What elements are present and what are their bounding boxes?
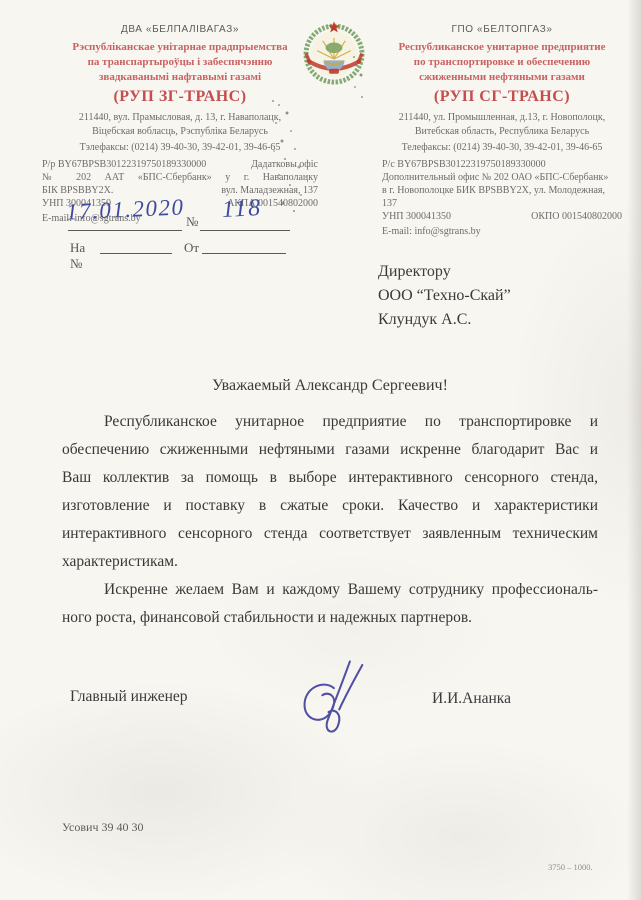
org-red-line: Республиканское унитарное предприятие <box>382 40 622 55</box>
addressee-position: Директору <box>378 260 511 284</box>
ot-date-underline <box>202 253 286 254</box>
body-line: Искренне желаем Вам и каждому Вашему сот… <box>62 576 598 604</box>
address-line: 211440, вул. Прамысловая, д. 13, г. Нава… <box>42 111 318 125</box>
bank-row: УНП 300041350 ОКПО 001540802000 <box>382 210 622 223</box>
org-abbrev-by: (РУП ЗГ-ТРАНС) <box>42 88 318 106</box>
number-sign-label: № <box>186 214 198 230</box>
letterhead-right: ГПО «БЕЛТОПГАЗ» Республиканское унитарно… <box>382 24 622 238</box>
org-group-name-by: ДВА «БЕЛПАЛІВАГАЗ» <box>42 24 318 35</box>
na-number-underline <box>100 253 172 254</box>
body-line: изготовление и поставку в сжатые сроки. … <box>62 492 598 520</box>
print-run-code: 3750 – 1000. <box>548 862 593 872</box>
email-line: E-mail: info@sgtrans.by <box>382 225 622 238</box>
org-abbrev-ru: (РУП СГ-ТРАНС) <box>382 88 622 106</box>
signer-position: Главный инженер <box>70 688 188 706</box>
org-red-line: сжиженными нефтяными газами <box>382 70 622 85</box>
bank-office-label: Дадатковы офіс <box>251 158 318 171</box>
body-line: ного роста, финансовой стабильности и на… <box>62 604 598 632</box>
bik-code: БІК BPSBBY2X. <box>42 184 113 197</box>
addressee-block: Директору ООО “Техно-Скай” Клундук А.С. <box>378 260 511 332</box>
account-number: Р/с BY67BPSB30122319750189330000 <box>382 158 622 171</box>
addressee-name: Клундук А.С. <box>378 308 511 332</box>
fax-line: Телефаксы: (0214) 39-40-30, 39-42-01, 39… <box>382 142 622 153</box>
letter-body: Республиканское унитарное предприятие по… <box>62 408 598 632</box>
belarus-coat-of-arms-icon <box>299 16 369 88</box>
account-number: Р/р BY67BPSB30122319750189330000 <box>42 158 206 171</box>
handwritten-date: 17.01.2020 <box>65 194 185 225</box>
address-line: Віцебская вобласць, Рэспубліка Беларусь <box>42 125 318 139</box>
handwritten-outgoing-number: 118 <box>221 195 263 224</box>
ot-label: От <box>184 240 199 256</box>
scanned-letter-page: ДВА «БЕЛПАЛІВАГАЗ» Рэспубліканскае уніта… <box>0 0 641 900</box>
fax-line: Тэлефаксы: (0214) 39-40-30, 39-42-01, 39… <box>42 142 318 153</box>
addressee-company: ООО “Техно-Скай” <box>378 284 511 308</box>
handwritten-signature-scribble <box>293 648 373 746</box>
body-line: Республиканское унитарное предприятие по… <box>62 408 598 436</box>
address-line: Витебская область, Республика Беларусь <box>382 125 622 139</box>
bank-office-line: Дополнительный офис № 202 ОАО «БПС-Сберб… <box>382 171 622 184</box>
signer-name: И.И.Ананка <box>432 690 511 708</box>
na-number-label: На № <box>70 240 85 272</box>
number-underline <box>200 230 290 231</box>
address-line: 211440, ул. Промышленная, д.13, г. Новоп… <box>382 111 622 125</box>
org-red-line: Рэспубліканскае унітарнае прадпрыемства <box>42 40 318 55</box>
scan-speckles <box>272 100 274 102</box>
bank-row: Р/р BY67BPSB30122319750189330000 Дадатко… <box>42 158 318 171</box>
org-red-line: по транспортировке и обеспечению <box>382 55 622 70</box>
body-line: характеристикам. <box>62 548 598 576</box>
org-group-name-ru: ГПО «БЕЛТОПГАЗ» <box>382 24 622 35</box>
date-underline <box>68 230 182 231</box>
bank-street: вул. Маладзежная, 137 <box>221 184 318 197</box>
org-red-line: звадкаванымі нафтавымі газамі <box>42 70 318 85</box>
unp-code: УНП 300041350 <box>382 210 451 223</box>
org-red-line: па транспартыроўцы і забеспячэнню <box>42 55 318 70</box>
body-line: интерактивного сенсорного стенда соответ… <box>62 520 598 548</box>
scan-speckles <box>353 56 355 58</box>
bank-city-line: в г. Новополоцке БИК BPSBBY2X, ул. Молод… <box>382 184 622 210</box>
salutation: Уважаемый Александр Сергеевич! <box>62 377 598 395</box>
executor-contact: Усович 39 40 30 <box>62 820 144 835</box>
bank-details-right: Р/с BY67BPSB30122319750189330000 Дополни… <box>382 158 622 238</box>
bank-row: № 202 ААТ «БПС-Сбербанк» у г. Наваполацк… <box>42 171 318 184</box>
okpo-code: ОКПО 001540802000 <box>531 210 622 223</box>
body-line: Ваш коллектив за помощь в выборе интерак… <box>62 464 598 492</box>
body-line: обеспечению сжиженными нефтяными газами … <box>62 436 598 464</box>
